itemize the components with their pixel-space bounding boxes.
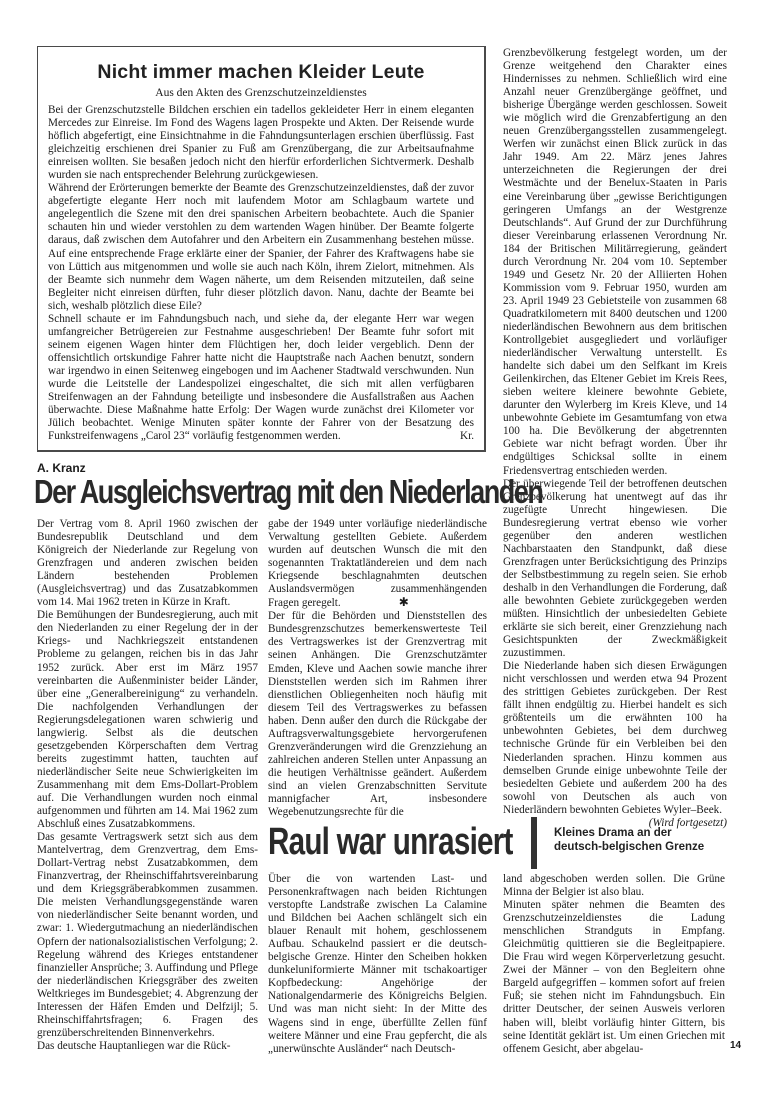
- main-article-column-1: Der Vertrag vom 8. April 1960 zwischen d…: [37, 518, 258, 1053]
- paragraph: gabe der 1949 unter vorläufige niederlän…: [268, 518, 487, 610]
- headline-divider-bar: [531, 817, 537, 869]
- paragraph: Das deutsche Hauptanliegen war die Rück-: [37, 1040, 258, 1053]
- paragraph: Das gesamte Vertragswerk setzt sich aus …: [37, 831, 258, 1040]
- paragraph: Minuten später nehmen die Beamten des Gr…: [503, 899, 725, 1056]
- paragraph: Die Niederlande haben sich diesen Erwägu…: [503, 660, 727, 817]
- second-headline: Raul war unrasiert: [268, 821, 513, 864]
- page-number: 14: [730, 1040, 741, 1051]
- paragraph: land abgeschoben werden sollen. Die Grün…: [503, 873, 725, 899]
- right-column-text: Grenzbevölkerung festgelegt worden, um d…: [503, 47, 727, 830]
- paragraph: Über die von wartenden Last- und Persone…: [268, 873, 487, 1056]
- paragraph: Die Bemühungen der Bundesregierung, auch…: [37, 609, 258, 831]
- author-signature: Kr.: [460, 430, 474, 443]
- paragraph: Während der Erörterungen bemerkte der Be…: [48, 182, 474, 312]
- paragraph: Grenzbevölkerung festgelegt worden, um d…: [503, 47, 727, 478]
- paragraph: Bei der Grenzschutzstelle Bildchen ersch…: [48, 104, 474, 182]
- second-article-column-1: Über die von wartenden Last- und Persone…: [268, 873, 487, 1056]
- boxed-article: Nicht immer machen Kleider Leute Aus den…: [37, 46, 486, 452]
- second-article-kicker: Kleines Drama an der deutsch-belgischen …: [554, 827, 704, 854]
- boxed-article-body: Bei der Grenzschutzstelle Bildchen ersch…: [48, 104, 474, 443]
- boxed-article-title: Nicht immer machen Kleider Leute: [38, 61, 484, 84]
- boxed-article-subtitle: Aus den Akten des Grenzschutzeinzeldiens…: [38, 87, 484, 100]
- paragraph: Schnell schaute er im Fahndungsbuch nach…: [48, 313, 474, 443]
- main-article-column-2: gabe der 1949 unter vorläufige niederlän…: [268, 518, 487, 819]
- paragraph: Der für die Behörden und Dienststellen d…: [268, 610, 487, 819]
- section-divider-asterisk: ✱: [399, 596, 409, 609]
- paragraph: Der Vertrag vom 8. April 1960 zwischen d…: [37, 518, 258, 609]
- second-article-column-2: land abgeschoben werden sollen. Die Grün…: [503, 873, 725, 1056]
- main-headline: Der Ausgleichsvertrag mit den Niederland…: [34, 473, 542, 511]
